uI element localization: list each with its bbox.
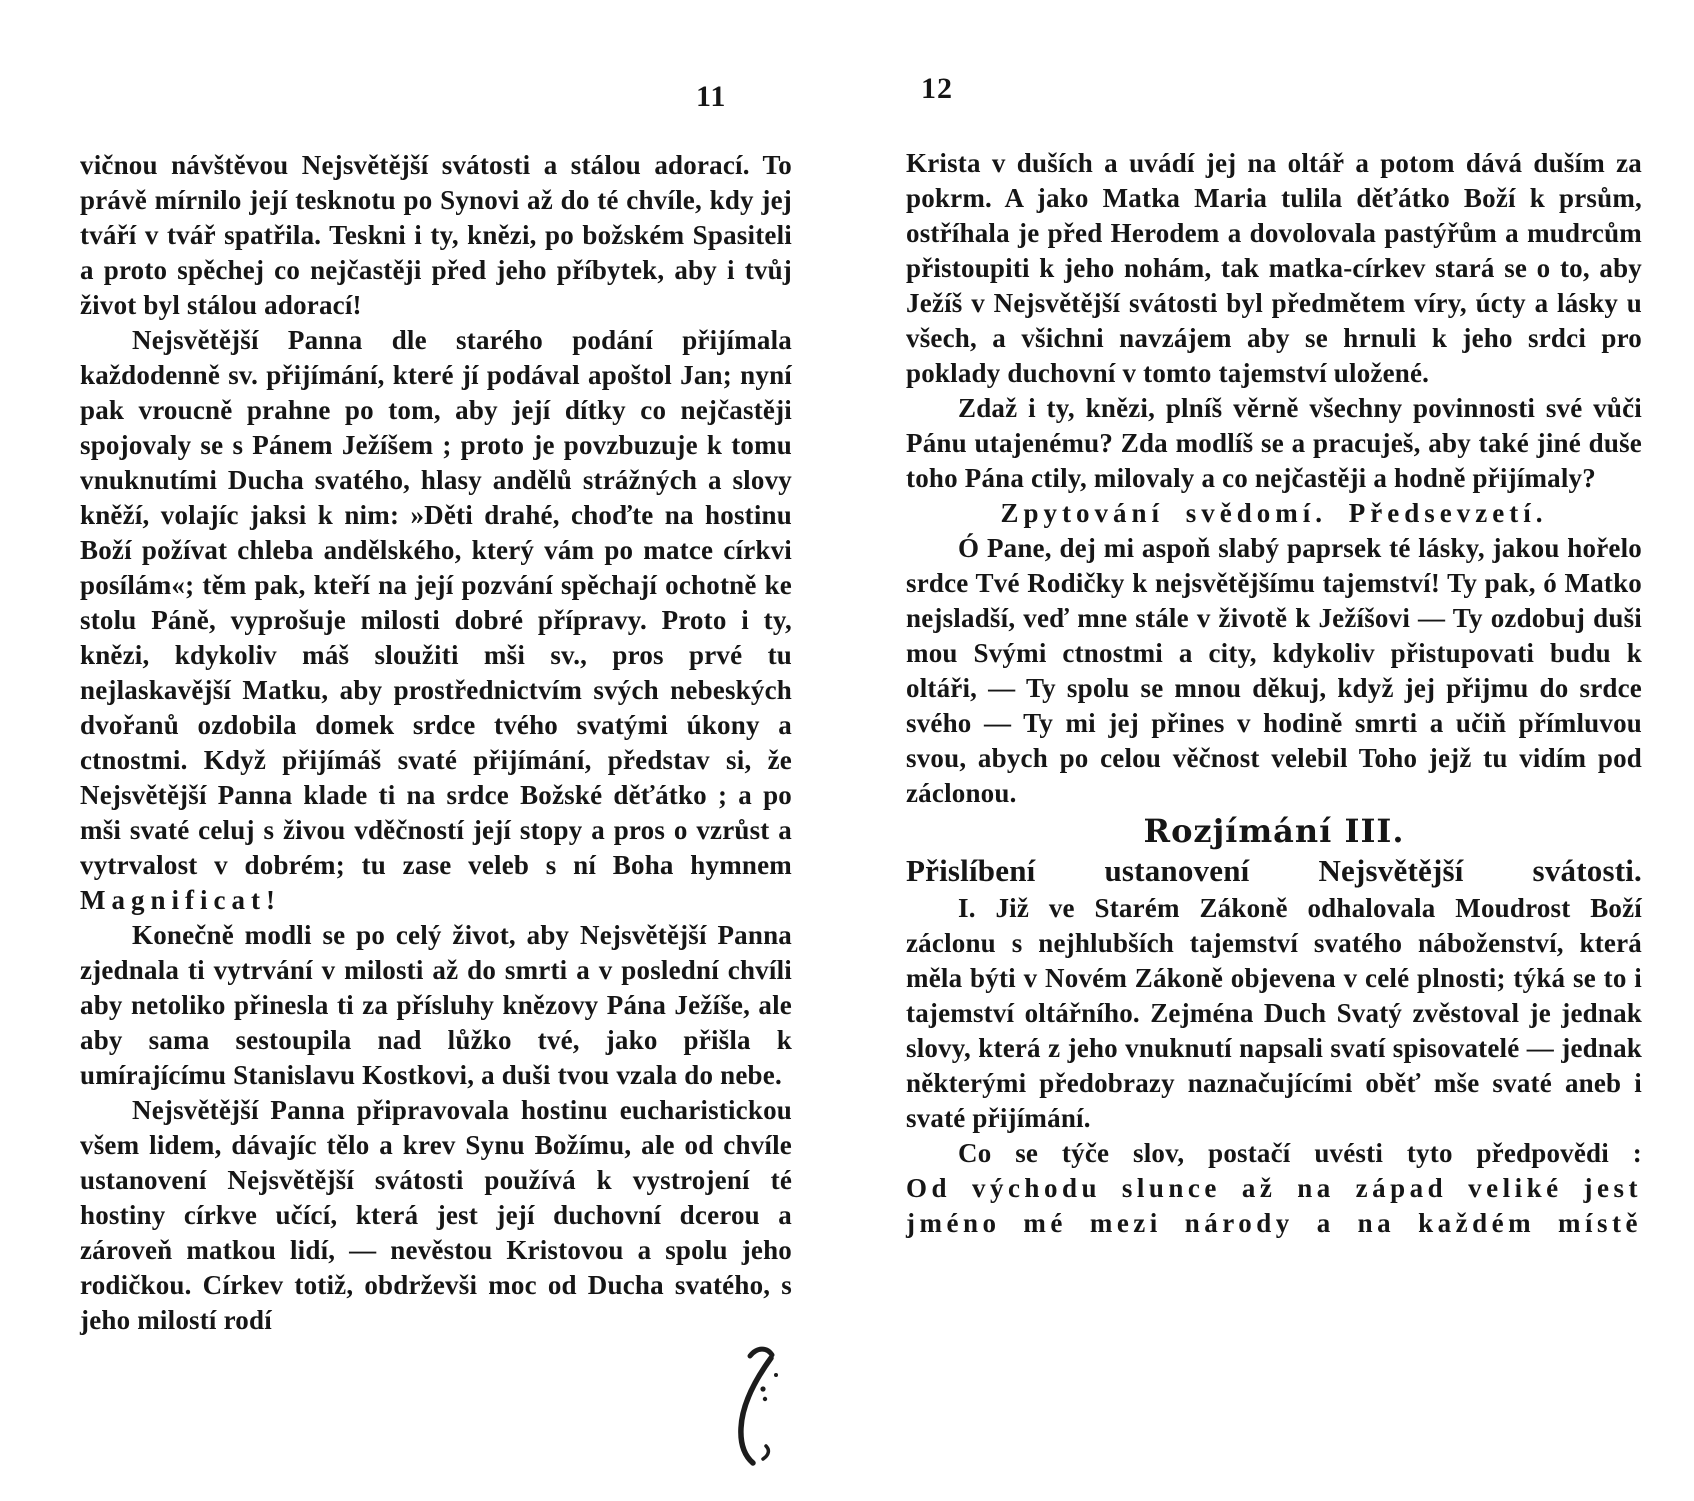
paragraph-text: Nejsvětější Panna dle starého podání při… [80,325,792,880]
paragraph-continuation: Krista v duších a uvádí jej na oltář a p… [906,146,1642,391]
heading-meditation-iii: Rozjímání III. [906,811,1642,851]
paragraph: Zdaž i ty, knězi, plníš věrně všechny po… [906,391,1642,496]
quote-line-2: jméno mé mezi národy a na každém místě [906,1206,1642,1241]
paragraph: Konečně modli se po celý život, aby Nejs… [80,918,792,1093]
page-right-text-column: Krista v duších a uvádí jej na oltář a p… [906,146,1642,1241]
paragraph: Nejsvětější Panna dle starého podání při… [80,323,792,918]
paragraph-text: ! [266,885,275,915]
paragraph-continuation: vičnou návštěvou Nejsvětější svátosti a … [80,148,792,323]
paragraph: I. Již ve Starém Zákoně odhalovala Moudr… [906,891,1642,1136]
emphasized-word-magnificat: Magnificat [80,885,266,915]
paragraph: Co se týče slov, postačí uvésti tyto pře… [906,1136,1642,1171]
book-scan-spread: 11 vičnou návštěvou Nejsvětější svátosti… [0,0,1694,1501]
paragraph: Ó Pane, dej mi aspoň slabý paprsek té lá… [906,531,1642,811]
page-left-text-column: vičnou návštěvou Nejsvětější svátosti a … [80,148,792,1338]
heading-examination-of-conscience: Zpytování svědomí. Předsevzetí. [906,496,1642,531]
page-number-left: 11 [696,80,726,114]
page-number-right: 12 [921,72,953,106]
heading-section-title: Přislíbení ustanovení Nejsvětější svátos… [906,851,1642,891]
paragraph: Nejsvětější Panna připravovala hostinu e… [80,1093,792,1338]
quote-line-1: Od východu slunce až na západ veliké jes… [906,1171,1642,1206]
